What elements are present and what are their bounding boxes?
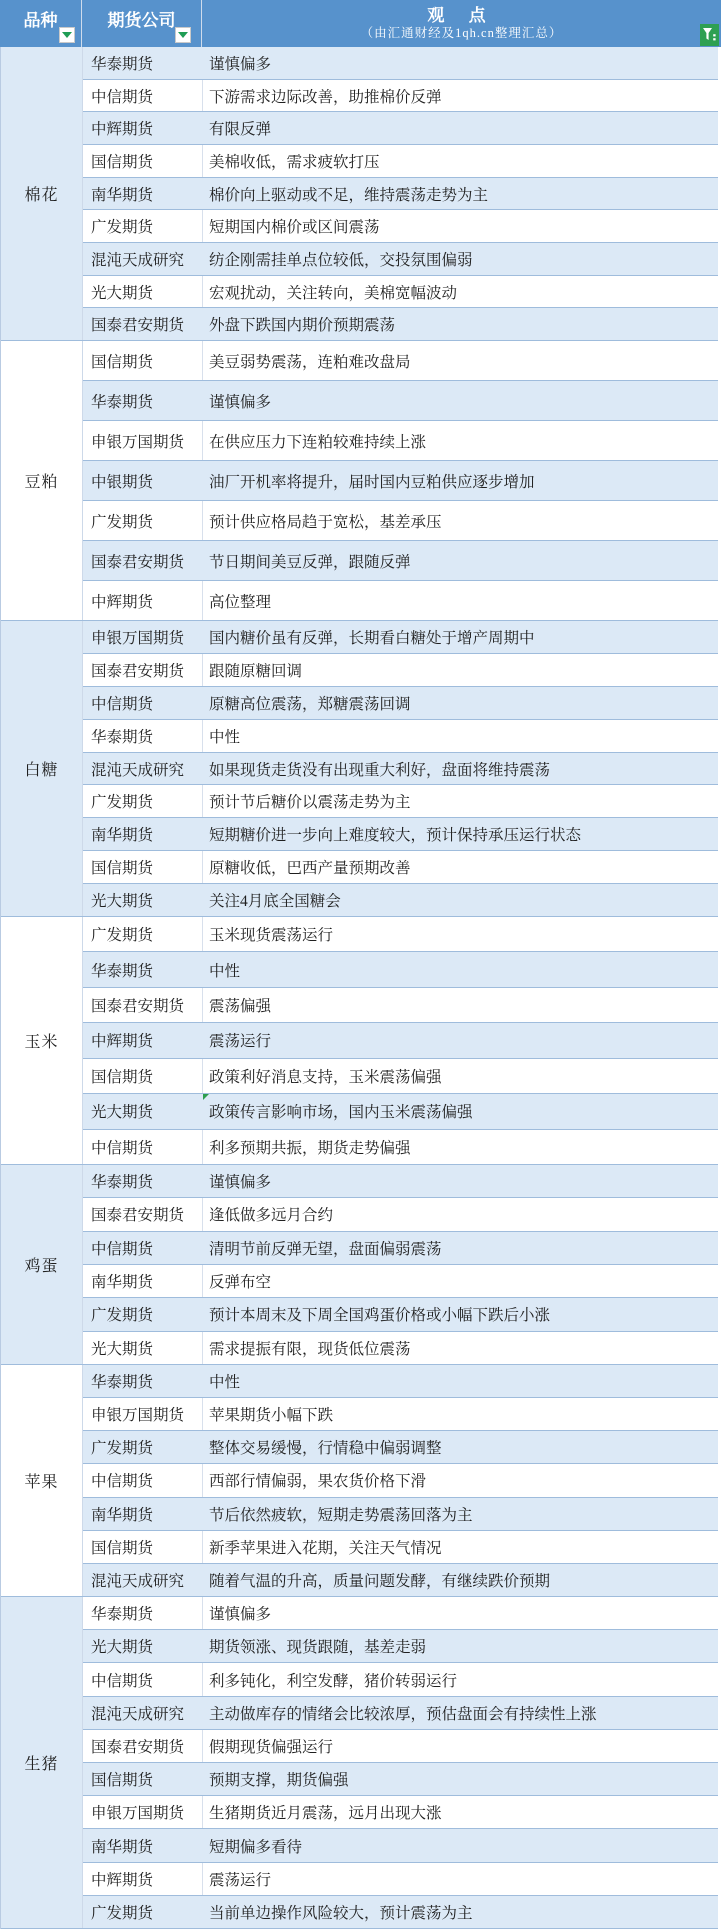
view-cell: 逢低做多远月合约 — [203, 1198, 718, 1230]
variety-cell: 玉米 — [1, 917, 83, 1164]
view-cell: 如果现货走货没有出现重大利好，盘面将维持震荡 — [203, 753, 718, 785]
view-cell: 当前单边操作风险较大，预计震荡为主 — [203, 1896, 718, 1928]
view-cell: 谨慎偏多 — [203, 381, 718, 420]
view-cell: 清明节前反弹无望，盘面偏弱震荡 — [203, 1232, 718, 1264]
company-cell: 中信期货 — [83, 1663, 203, 1695]
view-cell: 反弹布空 — [203, 1265, 718, 1297]
company-cell: 国泰君安期货 — [83, 988, 203, 1022]
company-cell: 国信期货 — [83, 851, 203, 883]
table-row: 光大期货需求提振有限，现货低位震荡 — [83, 1332, 718, 1364]
company-cell: 中辉期货 — [83, 581, 203, 620]
section-rows: 华泰期货谨慎偏多国泰君安期货逢低做多远月合约中信期货清明节前反弹无望，盘面偏弱震… — [83, 1165, 718, 1364]
table-row: 申银万国期货国内糖价虽有反弹，长期看白糖处于增产周期中 — [83, 621, 718, 654]
view-cell: 期货领涨、现货跟随，基差走弱 — [203, 1630, 718, 1662]
view-cell: 新季苹果进入花期，关注天气情况 — [203, 1531, 718, 1563]
company-cell: 申银万国期货 — [83, 421, 203, 460]
company-cell: 国泰君安期货 — [83, 654, 203, 686]
company-cell: 光大期货 — [83, 276, 203, 308]
table-row: 国信期货原糖收低，巴西产量预期改善 — [83, 851, 718, 884]
view-cell: 在供应压力下连粕较难持续上涨 — [203, 421, 718, 460]
view-cell: 美豆弱势震荡，连粕难改盘局 — [203, 341, 718, 380]
table-row: 申银万国期货在供应压力下连粕较难持续上涨 — [83, 421, 718, 461]
filter-dropdown-icon — [62, 32, 72, 38]
company-cell: 华泰期货 — [83, 1597, 203, 1629]
company-cell: 中辉期货 — [83, 112, 203, 144]
company-cell: 国泰君安期货 — [83, 308, 203, 340]
view-cell: 政策传言影响市场，国内玉米震荡偏强 — [203, 1094, 718, 1128]
company-cell: 广发期货 — [83, 1298, 203, 1330]
variety-cell: 苹果 — [1, 1365, 83, 1596]
cell-note-marker-icon — [203, 1094, 209, 1100]
company-cell: 南华期货 — [83, 178, 203, 210]
view-cell: 预期支撑，期货偏强 — [203, 1763, 718, 1795]
variety-section: 苹果华泰期货中性申银万国期货苹果期货小幅下跌广发期货整体交易缓慢，行情稳中偏弱调… — [1, 1365, 718, 1597]
table-row: 国泰君安期货节日期间美豆反弹，跟随反弹 — [83, 541, 718, 581]
company-cell: 南华期货 — [83, 818, 203, 850]
view-cell: 谨慎偏多 — [203, 1165, 718, 1197]
view-cell: 玉米现货震荡运行 — [203, 917, 718, 951]
view-cell: 需求提振有限，现货低位震荡 — [203, 1332, 718, 1364]
variety-filter-button[interactable] — [59, 27, 75, 43]
view-cell: 震荡运行 — [203, 1863, 718, 1895]
company-cell: 光大期货 — [83, 1094, 203, 1128]
section-rows: 申银万国期货国内糖价虽有反弹，长期看白糖处于增产周期中国泰君安期货跟随原糖回调中… — [83, 621, 718, 916]
table-body: 棉花华泰期货谨慎偏多中信期货下游需求边际改善，助推棉价反弹中辉期货有限反弹国信期… — [0, 47, 718, 1929]
filter-funnel-icon[interactable] — [700, 24, 719, 46]
filter-dropdown-icon — [178, 32, 188, 38]
company-cell: 华泰期货 — [83, 952, 203, 986]
company-filter-button[interactable] — [175, 27, 191, 43]
futures-opinion-table: 品种 期货公司 观 点 （由汇通财经及1qh.cn整理汇总） 棉花华泰期货谨慎偏… — [0, 0, 721, 1929]
table-row: 申银万国期货生猪期货近月震荡，远月出现大涨 — [83, 1796, 718, 1829]
company-cell: 国泰君安期货 — [83, 1198, 203, 1230]
variety-cell: 鸡蛋 — [1, 1165, 83, 1364]
company-cell: 广发期货 — [83, 501, 203, 540]
variety-cell: 棉花 — [1, 47, 83, 340]
variety-section: 鸡蛋华泰期货谨慎偏多国泰君安期货逢低做多远月合约中信期货清明节前反弹无望，盘面偏… — [1, 1165, 718, 1365]
company-cell: 国信期货 — [83, 1763, 203, 1795]
table-row: 中信期货西部行情偏弱，果农货价格下滑 — [83, 1464, 718, 1497]
view-cell: 棉价向上驱动或不足，维持震荡走势为主 — [203, 178, 718, 210]
view-cell: 苹果期货小幅下跌 — [203, 1398, 718, 1430]
company-cell: 中辉期货 — [83, 1023, 203, 1057]
view-cell: 油厂开机率将提升，届时国内豆粕供应逐步增加 — [203, 461, 718, 500]
variety-section: 白糖申银万国期货国内糖价虽有反弹，长期看白糖处于增产周期中国泰君安期货跟随原糖回… — [1, 621, 718, 917]
view-cell: 关注4月底全国糖会 — [203, 884, 718, 916]
company-cell: 广发期货 — [83, 1431, 203, 1463]
view-cell: 中性 — [203, 720, 718, 752]
table-row: 华泰期货中性 — [83, 720, 718, 753]
company-cell: 华泰期货 — [83, 381, 203, 420]
view-cell: 整体交易缓慢，行情稳中偏弱调整 — [203, 1431, 718, 1463]
table-row: 南华期货短期糖价进一步向上难度较大，预计保持承压运行状态 — [83, 818, 718, 851]
company-cell: 光大期货 — [83, 1332, 203, 1364]
table-row: 广发期货预计节后糖价以震荡走势为主 — [83, 785, 718, 818]
variety-cell: 豆粕 — [1, 341, 83, 620]
section-rows: 华泰期货中性申银万国期货苹果期货小幅下跌广发期货整体交易缓慢，行情稳中偏弱调整中… — [83, 1365, 718, 1596]
table-row: 国信期货政策利好消息支持，玉米震荡偏强 — [83, 1059, 718, 1094]
table-row: 中辉期货震荡运行 — [83, 1023, 718, 1058]
company-cell: 中信期货 — [83, 80, 203, 112]
table-row: 广发期货预计供应格局趋于宽松，基差承压 — [83, 501, 718, 541]
view-cell: 原糖高位震荡，郑糖震荡回调 — [203, 687, 718, 719]
view-cell: 宏观扰动，关注转向，美棉宽幅波动 — [203, 276, 718, 308]
company-cell: 混沌天成研究 — [83, 1697, 203, 1729]
view-cell: 西部行情偏弱，果农货价格下滑 — [203, 1464, 718, 1496]
view-cell: 谨慎偏多 — [203, 1597, 718, 1629]
company-cell: 华泰期货 — [83, 1365, 203, 1397]
table-row: 中信期货下游需求边际改善，助推棉价反弹 — [83, 80, 718, 113]
company-cell: 中信期货 — [83, 1232, 203, 1264]
view-cell: 政策利好消息支持，玉米震荡偏强 — [203, 1059, 718, 1093]
table-row: 中辉期货高位整理 — [83, 581, 718, 620]
variety-cell: 白糖 — [1, 621, 83, 916]
view-cell: 中性 — [203, 1365, 718, 1397]
view-cell: 跟随原糖回调 — [203, 654, 718, 686]
company-cell: 南华期货 — [83, 1829, 203, 1861]
variety-section: 棉花华泰期货谨慎偏多中信期货下游需求边际改善，助推棉价反弹中辉期货有限反弹国信期… — [1, 47, 718, 341]
view-cell: 短期糖价进一步向上难度较大，预计保持承压运行状态 — [203, 818, 718, 850]
company-cell: 国泰君安期货 — [83, 1730, 203, 1762]
company-cell: 国信期货 — [83, 145, 203, 177]
variety-header-label: 品种 — [24, 6, 58, 41]
company-cell: 南华期货 — [83, 1498, 203, 1530]
view-cell: 随着气温的升高，质量问题发酵，有继续跌价预期 — [203, 1564, 718, 1596]
view-cell: 利多预期共振，期货走势偏强 — [203, 1130, 718, 1164]
company-cell: 广发期货 — [83, 785, 203, 817]
section-rows: 国信期货美豆弱势震荡，连粕难改盘局华泰期货谨慎偏多申银万国期货在供应压力下连粕较… — [83, 341, 718, 620]
table-row: 混沌天成研究随着气温的升高，质量问题发酵，有继续跌价预期 — [83, 1564, 718, 1596]
table-row: 光大期货期货领涨、现货跟随，基差走弱 — [83, 1630, 718, 1663]
company-cell: 国信期货 — [83, 1531, 203, 1563]
view-cell: 纺企刚需挂单点位较低，交投氛围偏弱 — [203, 243, 718, 275]
company-cell: 中辉期货 — [83, 1863, 203, 1895]
view-cell: 节后依然疲软，短期走势震荡回落为主 — [203, 1498, 718, 1530]
company-cell: 申银万国期货 — [83, 1398, 203, 1430]
table-row: 中辉期货震荡运行 — [83, 1863, 718, 1896]
view-cell: 谨慎偏多 — [203, 47, 718, 79]
variety-section: 生猪华泰期货谨慎偏多光大期货期货领涨、现货跟随，基差走弱中信期货利多钝化，利空发… — [1, 1597, 718, 1929]
table-row: 南华期货节后依然疲软，短期走势震荡回落为主 — [83, 1498, 718, 1531]
company-cell: 中信期货 — [83, 1464, 203, 1496]
company-cell: 国信期货 — [83, 1059, 203, 1093]
view-cell: 下游需求边际改善，助推棉价反弹 — [203, 80, 718, 112]
company-cell: 南华期货 — [83, 1265, 203, 1297]
table-row: 中信期货利多钝化，利空发酵，猪价转弱运行 — [83, 1663, 718, 1696]
company-cell: 混沌天成研究 — [83, 753, 203, 785]
table-row: 南华期货短期偏多看待 — [83, 1829, 718, 1862]
view-cell: 预计节后糖价以震荡走势为主 — [203, 785, 718, 817]
table-row: 申银万国期货苹果期货小幅下跌 — [83, 1398, 718, 1431]
table-row: 国泰君安期货跟随原糖回调 — [83, 654, 718, 687]
section-rows: 广发期货玉米现货震荡运行华泰期货中性国泰君安期货震荡偏强中辉期货震荡运行国信期货… — [83, 917, 718, 1164]
company-cell: 光大期货 — [83, 1630, 203, 1662]
section-rows: 华泰期货谨慎偏多光大期货期货领涨、现货跟随，基差走弱中信期货利多钝化，利空发酵，… — [83, 1597, 718, 1928]
table-row: 广发期货预计本周末及下周全国鸡蛋价格或小幅下跌后小涨 — [83, 1298, 718, 1331]
view-cell: 美棉收低，需求疲软打压 — [203, 145, 718, 177]
table-row: 光大期货政策传言影响市场，国内玉米震荡偏强 — [83, 1094, 718, 1129]
company-cell: 申银万国期货 — [83, 1796, 203, 1828]
company-cell: 华泰期货 — [83, 47, 203, 79]
table-row: 华泰期货谨慎偏多 — [83, 47, 718, 80]
table-row: 华泰期货中性 — [83, 952, 718, 987]
table-row: 混沌天成研究如果现货走货没有出现重大利好，盘面将维持震荡 — [83, 753, 718, 786]
table-row: 华泰期货谨慎偏多 — [83, 1597, 718, 1630]
company-cell: 混沌天成研究 — [83, 243, 203, 275]
section-rows: 华泰期货谨慎偏多中信期货下游需求边际改善，助推棉价反弹中辉期货有限反弹国信期货美… — [83, 47, 718, 340]
table-row: 华泰期货中性 — [83, 1365, 718, 1398]
view-cell: 外盘下跌国内期价预期震荡 — [203, 308, 718, 340]
company-cell: 华泰期货 — [83, 1165, 203, 1197]
table-header-row: 品种 期货公司 观 点 （由汇通财经及1qh.cn整理汇总） — [0, 0, 721, 47]
table-row: 中信期货原糖高位震荡，郑糖震荡回调 — [83, 687, 718, 720]
view-header-title: 观 点 — [427, 6, 495, 26]
company-cell: 国信期货 — [83, 341, 203, 380]
variety-section: 玉米广发期货玉米现货震荡运行华泰期货中性国泰君安期货震荡偏强中辉期货震荡运行国信… — [1, 917, 718, 1165]
variety-cell: 生猪 — [1, 1597, 83, 1928]
company-cell: 广发期货 — [83, 1896, 203, 1928]
view-cell: 国内糖价虽有反弹，长期看白糖处于增产周期中 — [203, 621, 718, 653]
variety-header-cell: 品种 — [0, 0, 82, 47]
view-cell: 震荡偏强 — [203, 988, 718, 1022]
view-cell: 预计供应格局趋于宽松，基差承压 — [203, 501, 718, 540]
table-row: 国泰君安期货震荡偏强 — [83, 988, 718, 1023]
table-row: 广发期货当前单边操作风险较大，预计震荡为主 — [83, 1896, 718, 1928]
table-row: 国信期货新季苹果进入花期，关注天气情况 — [83, 1531, 718, 1564]
company-cell: 混沌天成研究 — [83, 1564, 203, 1596]
table-row: 国泰君安期货逢低做多远月合约 — [83, 1198, 718, 1231]
company-cell: 中银期货 — [83, 461, 203, 500]
view-cell: 高位整理 — [203, 581, 718, 620]
table-row: 中信期货利多预期共振，期货走势偏强 — [83, 1130, 718, 1164]
view-cell: 短期国内棉价或区间震荡 — [203, 210, 718, 242]
view-cell: 利多钝化，利空发酵，猪价转弱运行 — [203, 1663, 718, 1695]
company-cell: 中信期货 — [83, 687, 203, 719]
view-header-subtitle: （由汇通财经及1qh.cn整理汇总） — [361, 26, 563, 41]
table-row: 光大期货宏观扰动，关注转向，美棉宽幅波动 — [83, 276, 718, 309]
variety-section: 豆粕国信期货美豆弱势震荡，连粕难改盘局华泰期货谨慎偏多申银万国期货在供应压力下连… — [1, 341, 718, 621]
view-cell: 原糖收低，巴西产量预期改善 — [203, 851, 718, 883]
table-row: 南华期货棉价向上驱动或不足，维持震荡走势为主 — [83, 178, 718, 211]
table-row: 南华期货反弹布空 — [83, 1265, 718, 1298]
view-cell: 中性 — [203, 952, 718, 986]
company-cell: 华泰期货 — [83, 720, 203, 752]
table-row: 华泰期货谨慎偏多 — [83, 1165, 718, 1198]
table-row: 中银期货油厂开机率将提升，届时国内豆粕供应逐步增加 — [83, 461, 718, 501]
company-cell: 广发期货 — [83, 210, 203, 242]
view-header-cell: 观 点 （由汇通财经及1qh.cn整理汇总） — [202, 0, 721, 47]
company-header-label: 期货公司 — [108, 6, 176, 41]
table-row: 广发期货整体交易缓慢，行情稳中偏弱调整 — [83, 1431, 718, 1464]
view-cell: 生猪期货近月震荡，远月出现大涨 — [203, 1796, 718, 1828]
view-cell: 短期偏多看待 — [203, 1829, 718, 1861]
view-cell: 有限反弹 — [203, 112, 718, 144]
table-row: 国信期货美豆弱势震荡，连粕难改盘局 — [83, 341, 718, 381]
company-header-cell: 期货公司 — [82, 0, 202, 47]
view-cell: 假期现货偏强运行 — [203, 1730, 718, 1762]
view-cell: 主动做库存的情绪会比较浓厚，预估盘面会有持续性上涨 — [203, 1697, 718, 1729]
table-row: 广发期货短期国内棉价或区间震荡 — [83, 210, 718, 243]
view-cell: 节日期间美豆反弹，跟随反弹 — [203, 541, 718, 580]
table-row: 国信期货美棉收低，需求疲软打压 — [83, 145, 718, 178]
table-row: 混沌天成研究纺企刚需挂单点位较低，交投氛围偏弱 — [83, 243, 718, 276]
view-cell: 震荡运行 — [203, 1023, 718, 1057]
company-cell: 申银万国期货 — [83, 621, 203, 653]
company-cell: 广发期货 — [83, 917, 203, 951]
table-row: 混沌天成研究主动做库存的情绪会比较浓厚，预估盘面会有持续性上涨 — [83, 1697, 718, 1730]
table-row: 中辉期货有限反弹 — [83, 112, 718, 145]
view-cell: 预计本周末及下周全国鸡蛋价格或小幅下跌后小涨 — [203, 1298, 718, 1330]
company-cell: 光大期货 — [83, 884, 203, 916]
table-row: 光大期货关注4月底全国糖会 — [83, 884, 718, 916]
company-cell: 国泰君安期货 — [83, 541, 203, 580]
table-row: 国泰君安期货假期现货偏强运行 — [83, 1730, 718, 1763]
table-row: 广发期货玉米现货震荡运行 — [83, 917, 718, 952]
table-row: 中信期货清明节前反弹无望，盘面偏弱震荡 — [83, 1232, 718, 1265]
table-row: 国泰君安期货外盘下跌国内期价预期震荡 — [83, 308, 718, 340]
table-row: 华泰期货谨慎偏多 — [83, 381, 718, 421]
table-row: 国信期货预期支撑，期货偏强 — [83, 1763, 718, 1796]
company-cell: 中信期货 — [83, 1130, 203, 1164]
